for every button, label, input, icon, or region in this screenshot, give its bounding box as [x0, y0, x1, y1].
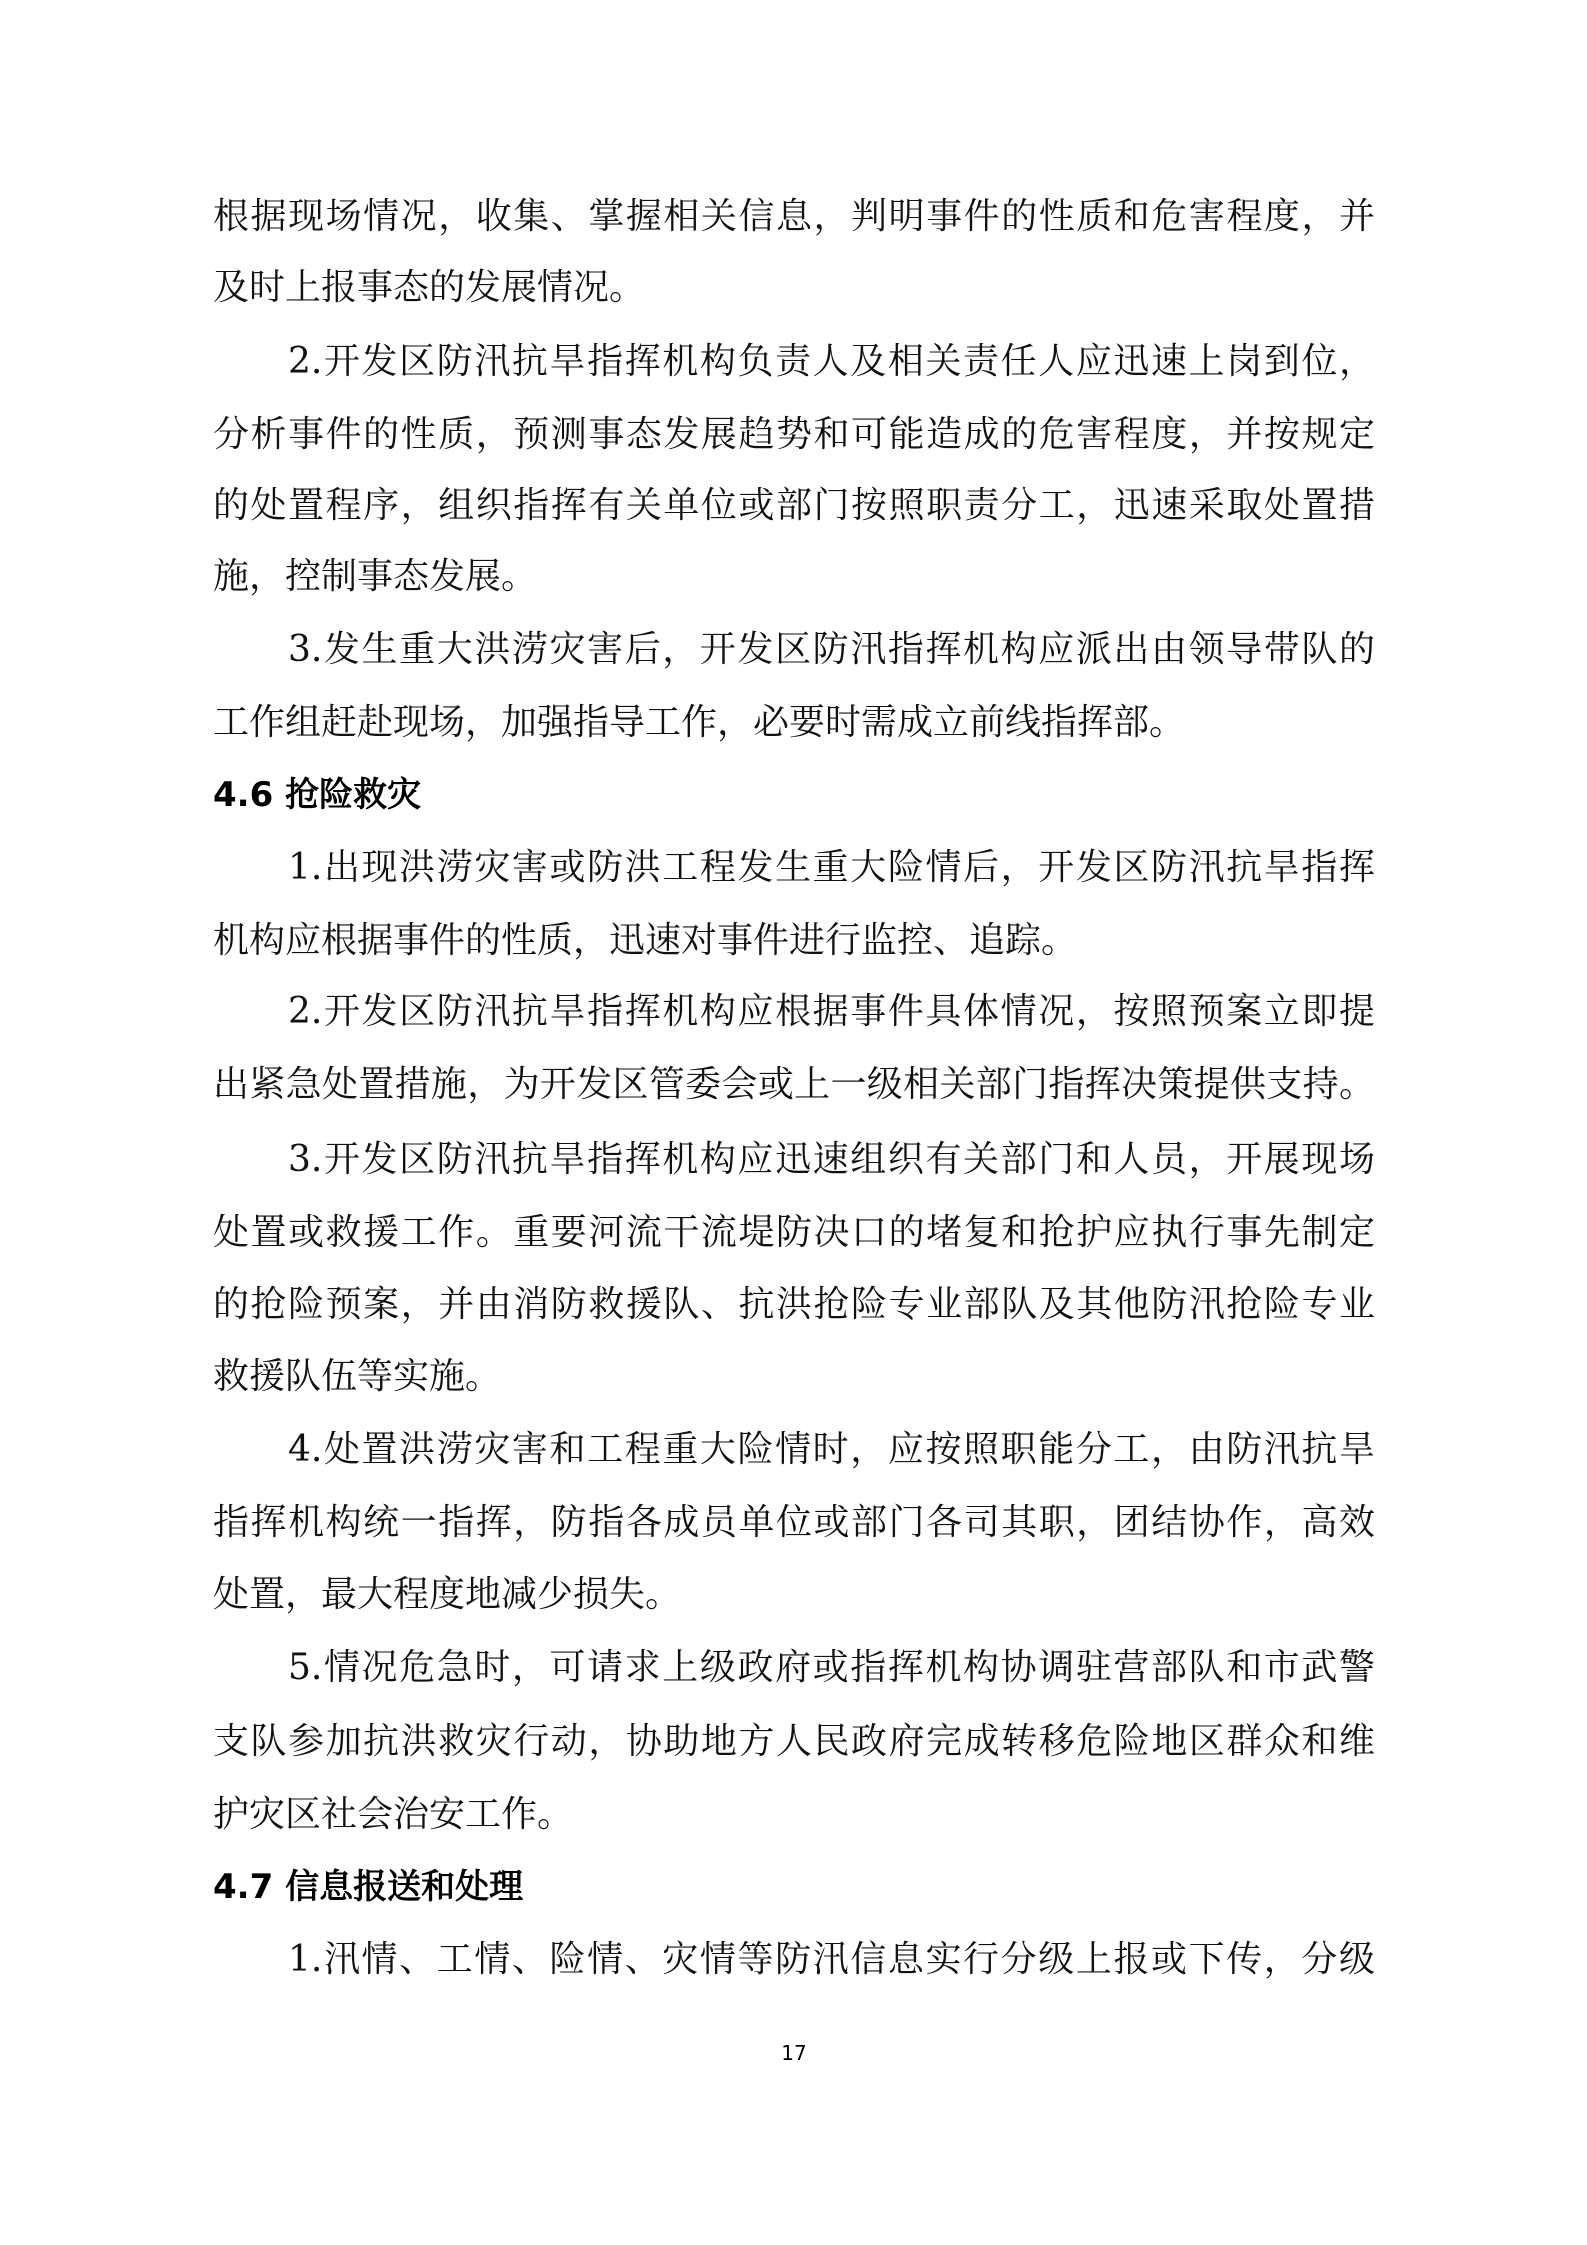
paragraph-line: 2.开发区防汛抗旱指挥机构负责人及相关责任人应迅速上岗到位， [288, 338, 1375, 386]
paragraph-line: 3.发生重大洪涝灾害后，开发区防汛指挥机构应派出由领导带队的 [288, 626, 1375, 674]
paragraph-line: 指挥机构统一指挥，防指各成员单位或部门各司其职，团结协作，高效 [213, 1499, 1375, 1547]
paragraph-line: 工作组赶赴现场，加强指导工作，必要时需成立前线指挥部。 [213, 699, 1375, 747]
paragraph-line: 分析事件的性质，预测事态发展趋势和可能造成的危害程度，并按规定 [213, 411, 1375, 459]
paragraph-line: 救援队伍等实施。 [213, 1353, 1375, 1401]
paragraph-line: 的处置程序，组织指挥有关单位或部门按照职责分工，迅速采取处置措 [213, 482, 1375, 530]
paragraph-line: 施，控制事态发展。 [213, 553, 1375, 601]
paragraph-line: 1.出现洪涝灾害或防洪工程发生重大险情后，开发区防汛抗旱指挥 [288, 844, 1375, 892]
paragraph-line: 4.处置洪涝灾害和工程重大险情时，应按照职能分工，由防汛抗旱 [288, 1426, 1375, 1474]
paragraph-line: 3.开发区防汛抗旱指挥机构应迅速组织有关部门和人员，开展现场 [288, 1136, 1375, 1184]
section-heading: 4.6 抢险救灾 [213, 771, 1375, 819]
document-page: 根据现场情况，收集、掌握相关信息，判明事件的性质和危害程度，并及时上报事态的发展… [0, 0, 1587, 2245]
paragraph-line: 出紧急处置措施，为开发区管委会或上一级相关部门指挥决策提供支持。 [213, 1061, 1375, 1109]
paragraph-line: 及时上报事态的发展情况。 [213, 264, 1375, 312]
paragraph-line: 机构应根据事件的性质，迅速对事件进行监控、追踪。 [213, 917, 1375, 965]
paragraph-line: 5.情况危急时，可请求上级政府或指挥机构协调驻营部队和市武警 [288, 1644, 1375, 1692]
paragraph-line: 处置，最大程度地减少损失。 [213, 1571, 1375, 1619]
paragraph-line: 处置或救援工作。重要河流干流堤防决口的堵复和抢护应执行事先制定 [213, 1209, 1375, 1257]
page-number: 17 [744, 2041, 844, 2065]
paragraph-line: 1.汛情、工情、险情、灾情等防汛信息实行分级上报或下传，分级 [288, 1936, 1375, 1984]
paragraph-line: 2.开发区防汛抗旱指挥机构应根据事件具体情况，按照预案立即提 [288, 988, 1375, 1036]
section-heading: 4.7 信息报送和处理 [213, 1863, 1375, 1911]
paragraph-line: 护灾区社会治安工作。 [213, 1791, 1375, 1839]
paragraph-line: 支队参加抗洪救灾行动，协助地方人民政府完成转移危险地区群众和维 [213, 1718, 1375, 1766]
paragraph-line: 的抢险预案，并由消防救援队、抗洪抢险专业部队及其他防汛抢险专业 [213, 1281, 1375, 1329]
paragraph-line: 根据现场情况，收集、掌握相关信息，判明事件的性质和危害程度，并 [213, 193, 1375, 241]
